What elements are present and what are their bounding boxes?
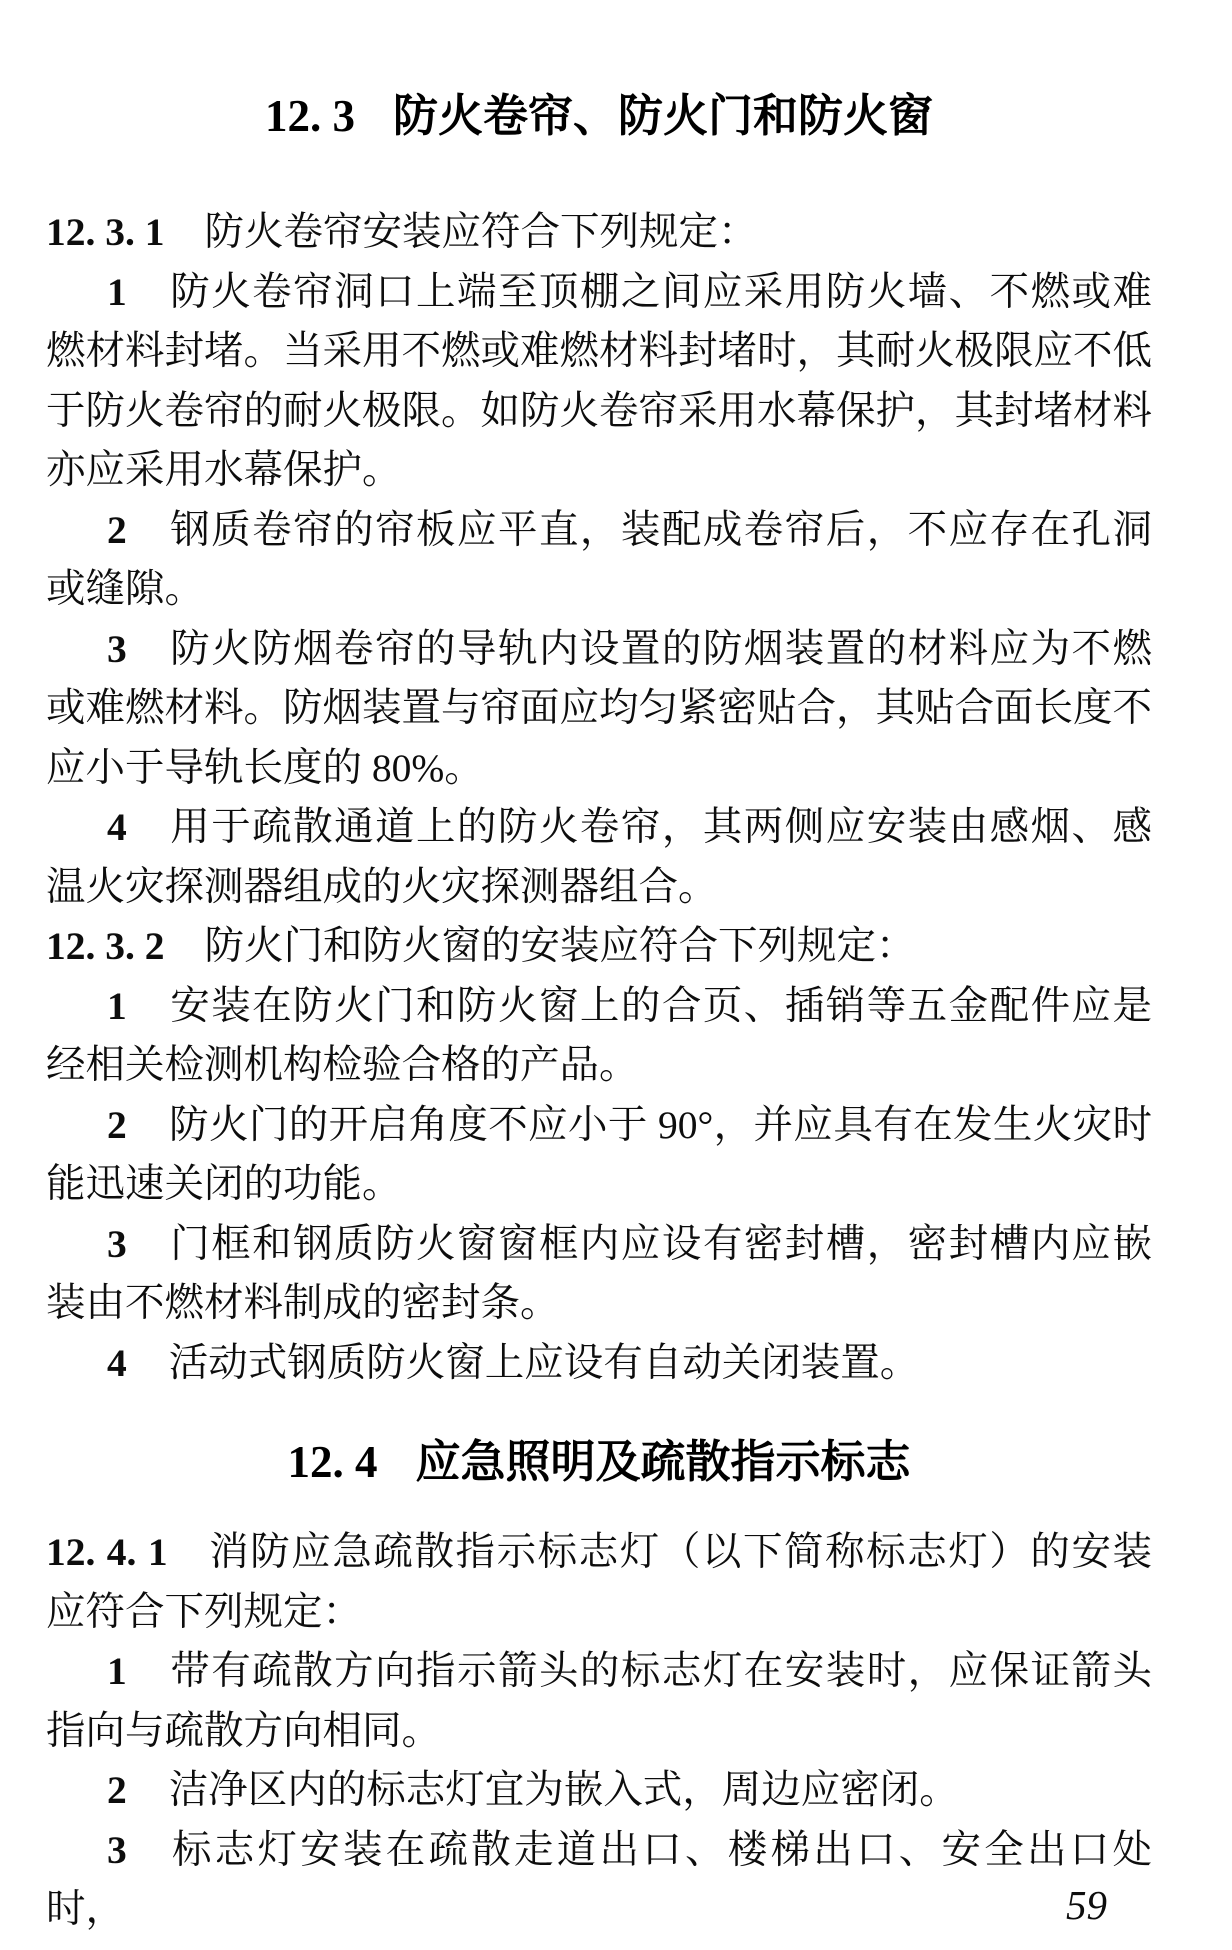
clause-number: 12. 3. 1	[46, 210, 165, 254]
item-text: 用于疏散通道上的防火卷帘，其两侧应安装由感烟、感温火灾探测器组成的火灾探测器组合…	[46, 805, 1152, 909]
item-text: 带有疏散方向指示箭头的标志灯在安装时，应保证箭头指向与疏散方向相同。	[46, 1649, 1152, 1753]
list-item: 2钢质卷帘的帘板应平直，装配成卷帘后，不应存在孔洞或缝隙。	[46, 501, 1152, 620]
list-item: 3防火防烟卷帘的导轨内设置的防烟装置的材料应为不燃或难燃材料。防烟装置与帘面应均…	[46, 620, 1152, 799]
list-item: 2防火门的开启角度不应小于 90°，并应具有在发生火灾时能迅速关闭的功能。	[46, 1096, 1152, 1215]
item-text: 钢质卷帘的帘板应平直，装配成卷帘后，不应存在孔洞或缝隙。	[46, 508, 1152, 612]
item-number: 3	[107, 1222, 127, 1266]
item-number: 1	[107, 1649, 127, 1693]
item-number: 2	[107, 1103, 127, 1147]
item-number: 2	[107, 1768, 127, 1812]
item-number: 3	[107, 627, 127, 671]
list-item: 4活动式钢质防火窗上应设有自动关闭装置。	[46, 1334, 1152, 1394]
list-item: 3标志灯安装在疏散走道出口、楼梯出口、安全出口处时，	[46, 1821, 1152, 1940]
section-heading-12-3: 12. 3防火卷帘、防火门和防火窗	[46, 85, 1152, 147]
item-text: 防火门的开启角度不应小于 90°，并应具有在发生火灾时能迅速关闭的功能。	[46, 1103, 1152, 1207]
clause-text: 防火门和防火窗的安装应符合下列规定：	[205, 924, 916, 968]
clause-12-4-1: 12. 4. 1消防应急疏散指示标志灯（以下简称标志灯）的安装应符合下列规定：	[46, 1523, 1152, 1642]
list-item: 4用于疏散通道上的防火卷帘，其两侧应安装由感烟、感温火灾探测器组成的火灾探测器组…	[46, 798, 1152, 917]
clause-number: 12. 3. 2	[46, 924, 165, 968]
section-title-text: 应急照明及疏散指示标志	[415, 1436, 910, 1487]
section-heading-12-4: 12. 4应急照明及疏散指示标志	[46, 1431, 1152, 1493]
clause-text: 消防应急疏散指示标志灯（以下简称标志灯）的安装应符合下列规定：	[46, 1530, 1152, 1634]
item-number: 2	[107, 508, 127, 552]
item-text: 防火防烟卷帘的导轨内设置的防烟装置的材料应为不燃或难燃材料。防烟装置与帘面应均匀…	[46, 627, 1152, 790]
document-page: 12. 3防火卷帘、防火门和防火窗 12. 3. 1防火卷帘安装应符合下列规定：…	[0, 0, 1232, 1950]
item-text: 门框和钢质防火窗窗框内应设有密封槽，密封槽内应嵌装由不燃材料制成的密封条。	[46, 1222, 1152, 1326]
page-content: 12. 3防火卷帘、防火门和防火窗 12. 3. 1防火卷帘安装应符合下列规定：…	[0, 0, 1232, 1940]
page-number: 59	[1066, 1876, 1107, 1936]
item-number: 1	[107, 270, 127, 314]
section-number: 12. 4	[287, 1437, 377, 1487]
clause-text: 防火卷帘安装应符合下列规定：	[205, 210, 758, 254]
section-title-text: 防火卷帘、防火门和防火窗	[393, 90, 933, 141]
clause-12-3-1: 12. 3. 1防火卷帘安装应符合下列规定：	[46, 203, 1152, 263]
item-number: 4	[107, 1341, 127, 1385]
list-item: 1安装在防火门和防火窗上的合页、插销等五金配件应是经相关检测机构检验合格的产品。	[46, 977, 1152, 1096]
item-number: 1	[107, 984, 127, 1028]
list-item: 3门框和钢质防火窗窗框内应设有密封槽，密封槽内应嵌装由不燃材料制成的密封条。	[46, 1215, 1152, 1334]
item-text: 活动式钢质防火窗上应设有自动关闭装置。	[169, 1341, 920, 1385]
item-text: 标志灯安装在疏散走道出口、楼梯出口、安全出口处时，	[46, 1828, 1152, 1932]
item-text: 防火卷帘洞口上端至顶棚之间应采用防火墙、不燃或难燃材料封堵。当采用不燃或难燃材料…	[46, 270, 1152, 493]
item-text: 安装在防火门和防火窗上的合页、插销等五金配件应是经相关检测机构检验合格的产品。	[46, 984, 1152, 1088]
item-number: 4	[107, 805, 127, 849]
clause-number: 12. 4. 1	[46, 1530, 168, 1574]
list-item: 1带有疏散方向指示箭头的标志灯在安装时，应保证箭头指向与疏散方向相同。	[46, 1642, 1152, 1761]
clause-12-3-2: 12. 3. 2防火门和防火窗的安装应符合下列规定：	[46, 917, 1152, 977]
item-text: 洁净区内的标志灯宜为嵌入式，周边应密闭。	[169, 1768, 959, 1812]
item-number: 3	[107, 1828, 127, 1872]
list-item: 1防火卷帘洞口上端至顶棚之间应采用防火墙、不燃或难燃材料封堵。当采用不燃或难燃材…	[46, 263, 1152, 501]
list-item: 2洁净区内的标志灯宜为嵌入式，周边应密闭。	[46, 1761, 1152, 1821]
section-number: 12. 3	[265, 91, 355, 141]
